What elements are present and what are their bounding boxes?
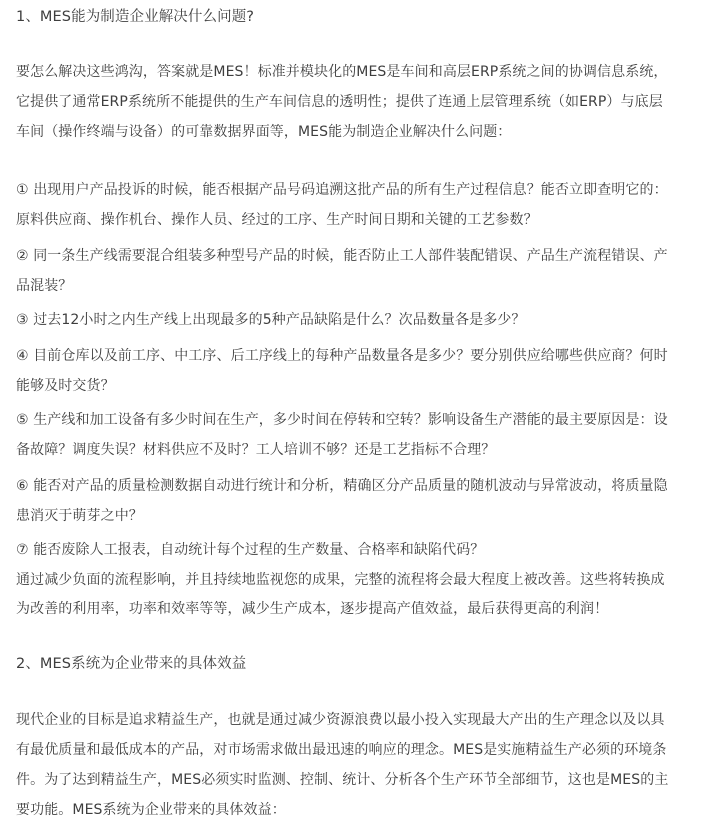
section-1-title: 1、MES能为制造企业解决什么问题? xyxy=(16,7,697,27)
body-line: 有最优质量和最低成本的产品，对市场需求做出最迅速的响应的理念。MES是实施精益生… xyxy=(16,740,697,760)
question-item-7: ⑦ 能否废除人工报表，自动统计每个过程的生产数量、合格率和缺陷代码？ xyxy=(16,540,697,560)
question-item-6-cont: 患消灭于萌芽之中？ xyxy=(16,506,697,526)
question-item-6: ⑥ 能否对产品的质量检测数据自动进行统计和分析，精确区分产品质量的随机波动与异常… xyxy=(16,476,697,496)
body-line: 现代企业的目标是追求精益生产，也就是通过减少资源浪费以最小投入实现最大产出的生产… xyxy=(16,710,697,730)
intro-line: 它提供了通常ERP系统所不能提供的生产车间信息的透明性；提供了连通上层管理系统（… xyxy=(16,92,697,112)
question-item-1: ① 出现用户产品投诉的时候，能否根据产品号码追溯这批产品的所有生产过程信息？能否… xyxy=(16,180,697,200)
intro-line: 要怎么解决这些鸿沟，答案就是MES！标准并模块化的MES是车间和高层ERP系统之… xyxy=(16,62,697,82)
conclusion-line: 通过减少负面的流程影响，并且持续地监视您的成果，完整的流程将会最大程度上被改善。… xyxy=(16,570,697,590)
conclusion-line: 为改善的利用率，功率和效率等等，减少生产成本，逐步提高产值效益，最后获得更高的利… xyxy=(16,599,697,619)
question-item-4-cont: 能够及时交货？ xyxy=(16,376,697,396)
question-item-1-cont: 原料供应商、操作机台、操作人员、经过的工序、生产时间日期和关键的工艺参数？ xyxy=(16,210,697,230)
question-item-2: ② 同一条生产线需要混合组装多种型号产品的时候，能否防止工人部件装配错误、产品生… xyxy=(16,246,697,266)
question-item-2-cont: 品混装？ xyxy=(16,276,697,296)
question-item-5: ⑤ 生产线和加工设备有多少时间在生产，多少时间在停转和空转？影响设备生产潜能的最… xyxy=(16,410,697,430)
question-item-5-cont: 备故障？调度失误？材料供应不及时？工人培训不够？还是工艺指标不合理？ xyxy=(16,440,697,460)
question-item-4: ④ 目前仓库以及前工序、中工序、后工序线上的每种产品数量各是多少？要分别供应给哪… xyxy=(16,346,697,366)
body-line: 要功能。MES系统为企业带来的具体效益： xyxy=(16,800,697,820)
intro-line: 车间（操作终端与设备）的可靠数据界面等，MES能为制造企业解决什么问题： xyxy=(16,122,697,142)
body-line: 件。为了达到精益生产，MES必须实时监测、控制、统计、分析各个生产环节全部细节，… xyxy=(16,770,697,790)
section-2-title: 2、MES系统为企业带来的具体效益 xyxy=(16,654,697,674)
question-item-3: ③ 过去12小时之内生产线上出现最多的5种产品缺陷是什么？次品数量各是多少？ xyxy=(16,310,697,330)
